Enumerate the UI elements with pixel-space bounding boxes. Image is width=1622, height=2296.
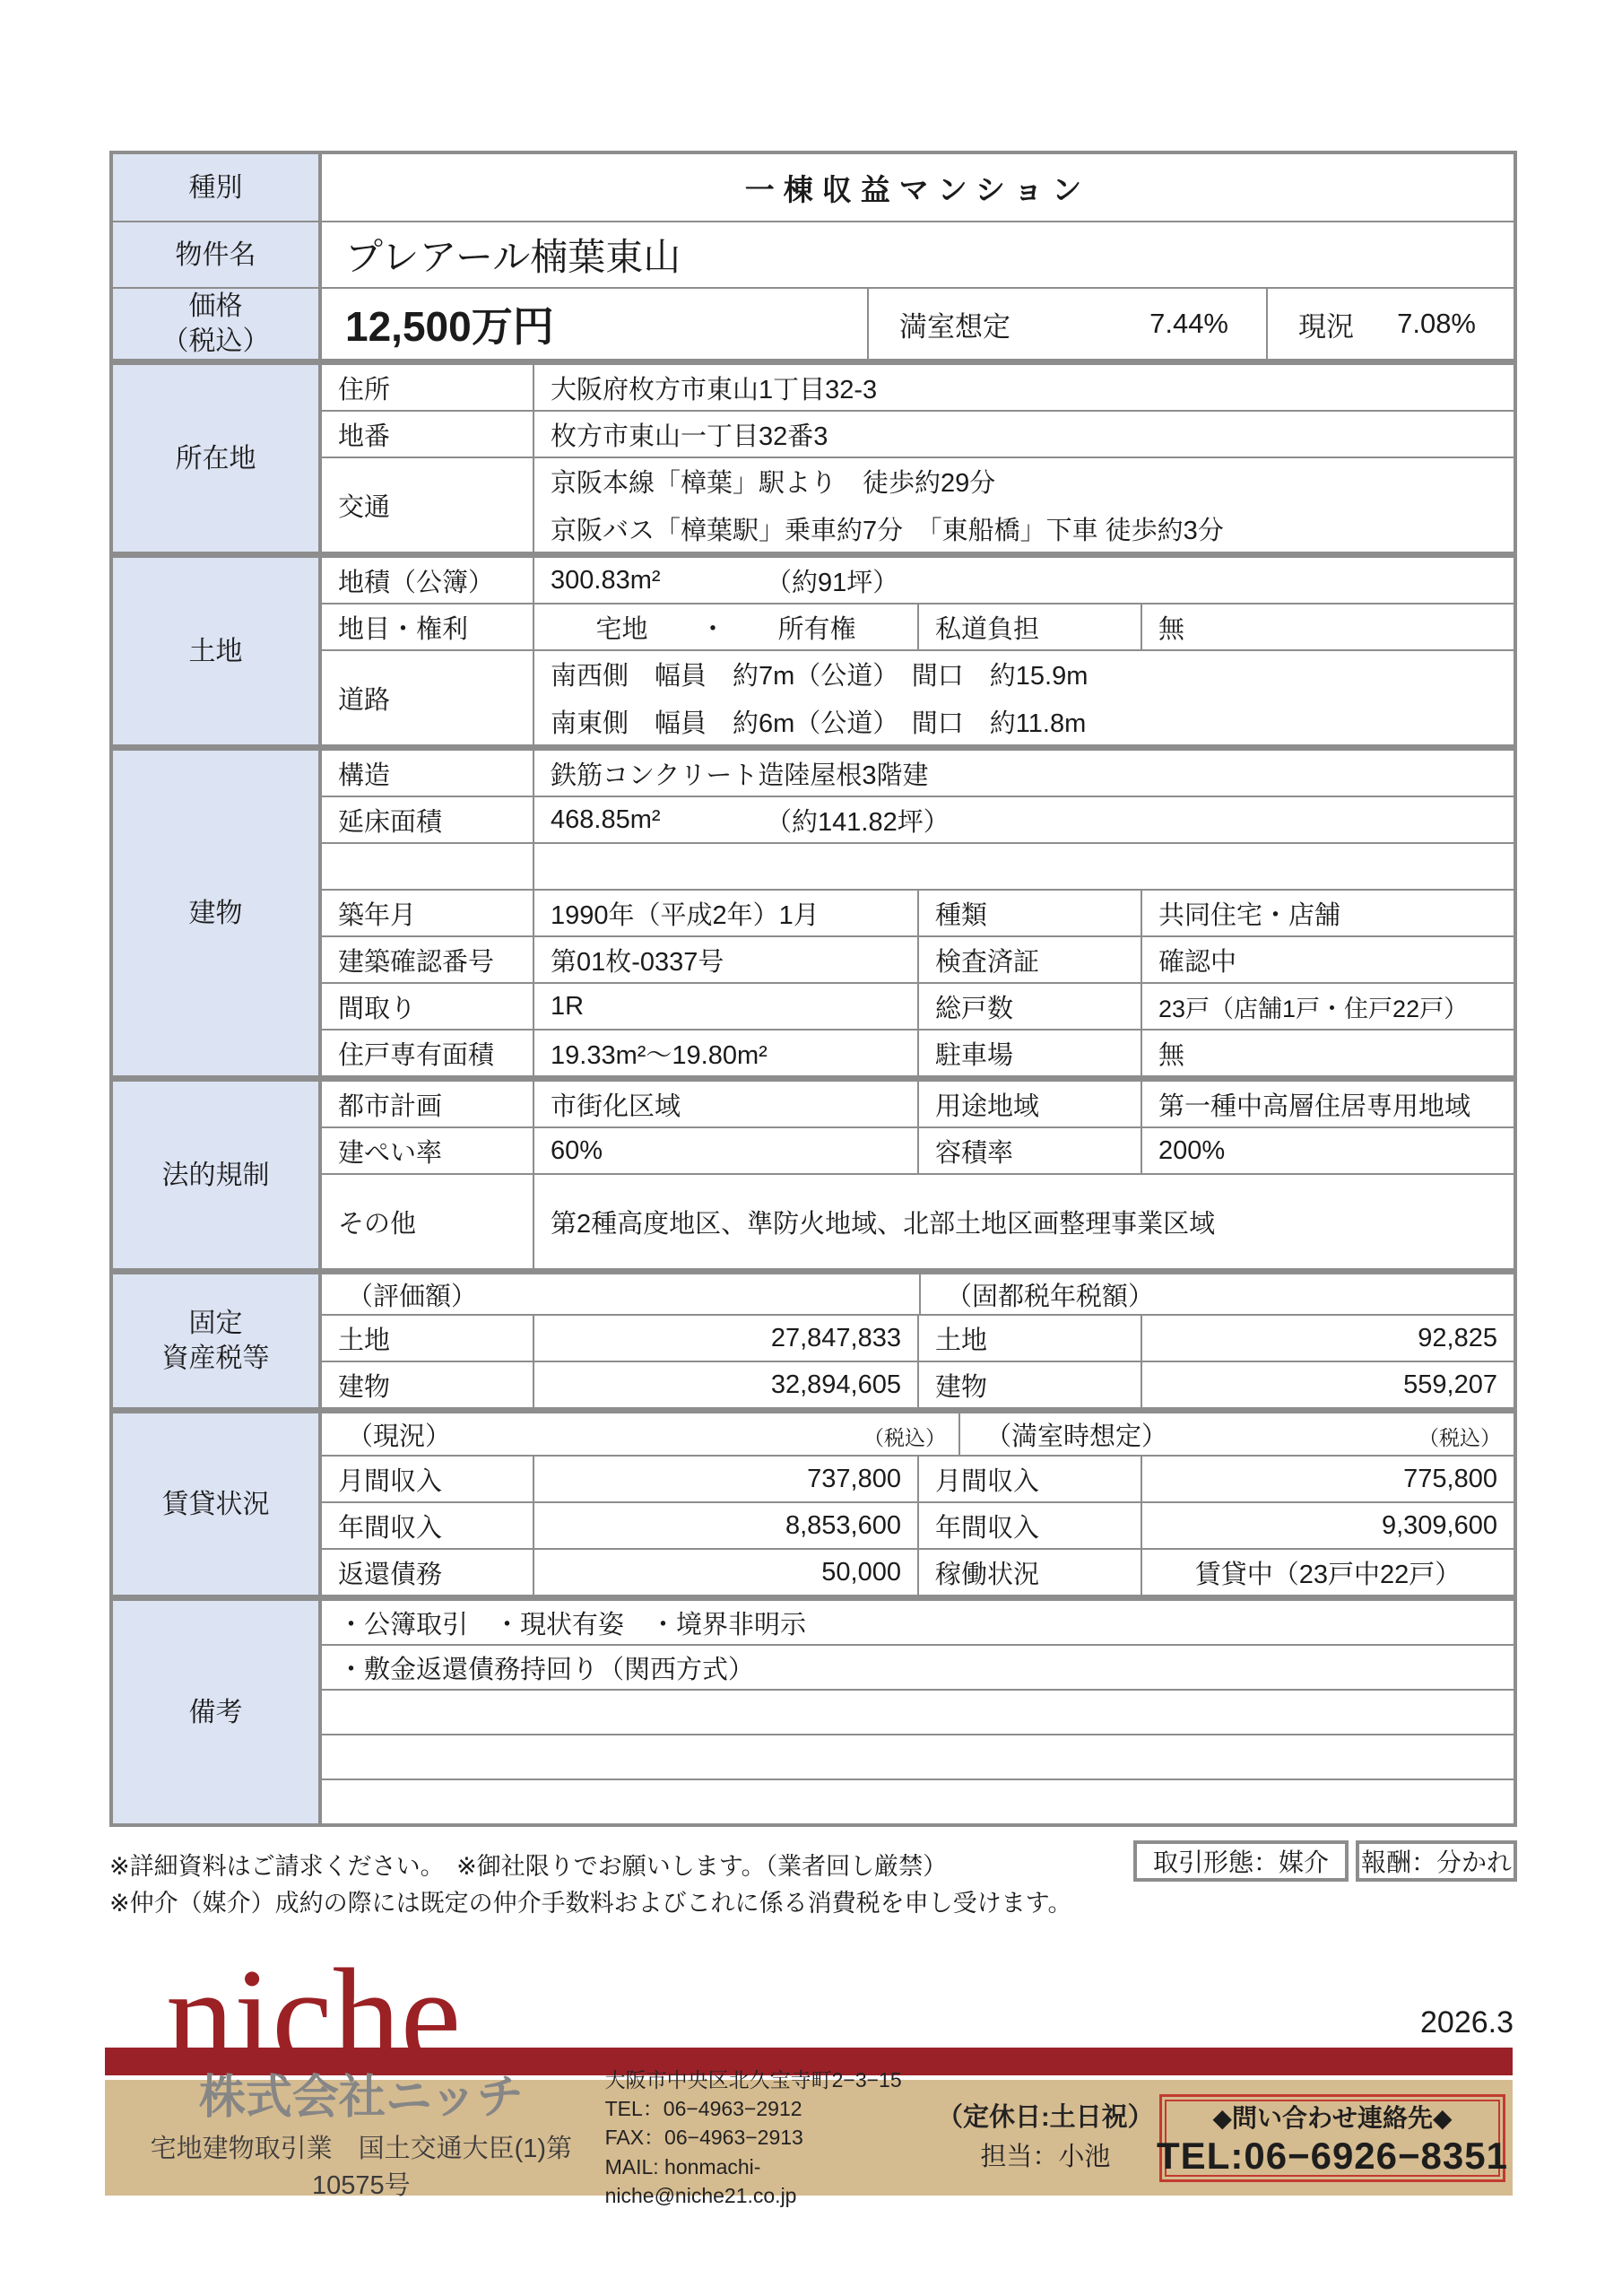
commission-note: ※仲介（媒介）成約の際には既定の仲介手数料およびこれに係る消費税を申し受けます。	[109, 1883, 1071, 1918]
private-road-value: 無	[1142, 604, 1514, 649]
row-rent-monthly: 月間収入 737,800 月間収入 775,800	[322, 1455, 1514, 1501]
inquiry-phone: TEL:06−6926−8351	[1157, 2135, 1508, 2178]
tax-building-label2: 建物	[919, 1362, 1142, 1407]
coverage-value: 60%	[534, 1128, 919, 1173]
parking-value: 無	[1142, 1031, 1514, 1075]
row-price: 12,500万円 満室想定 7.44% 現況 7.08%	[322, 289, 1514, 359]
rent-annual-label: 年間収入	[322, 1503, 534, 1548]
row-permit: 建築確認番号 第01枚-0337号 検査済証 確認中	[322, 935, 1514, 982]
row-name: プレアール楠葉東山	[322, 222, 1514, 287]
row-rent-last: 返還債務 50,000 稼働状況 賃貸中（23戸中22戸）	[322, 1548, 1514, 1595]
land-area-tsubo: （約91坪）	[766, 562, 898, 599]
blank-value-cell	[534, 844, 1514, 889]
yield-full-value: 7.44%	[1149, 308, 1228, 340]
section-label-building: 建物	[113, 751, 322, 1075]
blank-sub-cell	[322, 844, 534, 889]
rent-right-tax-note: （税込）	[1418, 1422, 1501, 1455]
access-line1: 京阪本線「樟葉」駅より 徒歩約29分	[551, 463, 995, 500]
company-address: 大阪市中央区北久宝寺町2−3−15	[605, 2066, 932, 2094]
inquiry-title: ◆問い合わせ連絡先◆	[1212, 2099, 1452, 2135]
land-category-value: 宅地 ・ 所有権	[534, 604, 919, 649]
row-legal-other: その他 第2種高度地区、準防火地域、北部土地区画整理事業区域	[322, 1173, 1514, 1268]
company-mail: MAIL: honmachi-niche@niche21.co.jp	[605, 2152, 932, 2210]
deposit-label: 返還債務	[322, 1550, 534, 1595]
tax-building-label: 建物	[322, 1362, 534, 1407]
lot-number-value: 枚方市東山一丁目32番3	[534, 412, 1514, 457]
land-area-cell: 300.83m² （約91坪）	[534, 558, 1514, 603]
row-remarks-2: ・敷金返還債務持回り（関西方式）	[322, 1644, 1514, 1689]
section-label-legal: 法的規制	[113, 1082, 322, 1268]
units-label: 総戸数	[919, 984, 1142, 1029]
rent-left-header: （現況）	[347, 1416, 451, 1453]
property-flyer-page: 種別 一棟収益マンション 物件名 プレアール楠葉東山 価格 （税込） 12,50…	[0, 0, 1622, 2296]
section-label-tax: 固定 資産税等	[113, 1274, 322, 1407]
row-label-price: 価格 （税込）	[113, 289, 322, 359]
land-category-label: 地目・権利	[322, 604, 534, 649]
city-plan-label: 都市計画	[322, 1082, 534, 1126]
rent-left-header-cell: （現況） （税込）	[322, 1413, 960, 1455]
section-label-land: 土地	[113, 558, 322, 744]
structure-value: 鉄筋コンクリート造陸屋根3階建	[534, 751, 1514, 796]
issue-date: 2026.3	[1420, 2005, 1514, 2040]
deal-type-box: 取引形態：媒介	[1133, 1840, 1349, 1882]
row-land-category: 地目・権利 宅地 ・ 所有権 私道負担 無	[322, 603, 1514, 649]
layout-label: 間取り	[322, 984, 534, 1029]
rent-monthly-value: 737,800	[534, 1457, 919, 1501]
section-label-location: 所在地	[113, 365, 322, 552]
section-location: 所在地 住所 大阪府枚方市東山1丁目32-3 地番 枚方市東山一丁目32番3 交…	[113, 359, 1514, 552]
remarks-empty-row	[322, 1691, 1514, 1734]
row-unit-area: 住戸専有面積 19.33m²〜19.80m² 駐車場 無	[322, 1029, 1514, 1075]
inquiry-box: ◆問い合わせ連絡先◆ TEL:06−6926−8351	[1159, 2094, 1505, 2182]
inquiry-box-inner: ◆問い合わせ連絡先◆ TEL:06−6926−8351	[1165, 2100, 1500, 2177]
remarks-line2: ・敷金返還債務持回り（関西方式）	[322, 1646, 1514, 1689]
zone-value: 第一種中高層住居専用地域	[1142, 1082, 1514, 1126]
inspection-value: 確認中	[1142, 937, 1514, 982]
fee-box: 報酬：分かれ	[1356, 1840, 1517, 1882]
layout-value: 1R	[534, 984, 919, 1029]
row-remarks-4	[322, 1734, 1514, 1779]
row-tax-header: （評価額） （固都税年税額）	[322, 1274, 1514, 1314]
tax-building-value2: 559,207	[1142, 1362, 1514, 1407]
city-plan-value: 市街化区域	[534, 1082, 919, 1126]
company-info-band: 株式会社ニッチ 宅地建物取引業 国土交通大臣(1)第10575号 大阪市中央区北…	[105, 2080, 1513, 2196]
kind-value: 共同住宅・店舗	[1142, 891, 1514, 935]
row-rent-header: （現況） （税込） （満室時想定） （税込）	[322, 1413, 1514, 1455]
row-remarks-1: ・公簿取引 ・現状有姿 ・境界非明示	[322, 1601, 1514, 1644]
coverage-label: 建ぺい率	[322, 1128, 534, 1173]
land-area-label: 地積（公簿）	[322, 558, 534, 603]
row-remarks-3	[322, 1689, 1514, 1734]
row-coverage: 建ぺい率 60% 容積率 200%	[322, 1126, 1514, 1173]
remarks-empty-row	[322, 1735, 1514, 1779]
section-land: 土地 地積（公簿） 300.83m² （約91坪） 地目・権利 宅地 ・ 所有権…	[113, 552, 1514, 744]
rent-left-tax-note: （税込）	[863, 1422, 946, 1455]
section-price: 価格 （税込） 12,500万円 満室想定 7.44% 現況 7.08%	[113, 287, 1514, 359]
far-label: 容積率	[919, 1128, 1142, 1173]
section-rent: 賃貸状況 （現況） （税込） （満室時想定） （税込） 月間収入 737,800…	[113, 1407, 1514, 1595]
row-layout: 間取り 1R 総戸数 23戸（店舗1戸・住戸22戸）	[322, 982, 1514, 1029]
section-tax: 固定 資産税等 （評価額） （固都税年税額） 土地 27,847,833 土地 …	[113, 1268, 1514, 1407]
property-type-value: 一棟収益マンション	[322, 154, 1514, 221]
tax-land-label: 土地	[322, 1316, 534, 1361]
permit-label: 建築確認番号	[322, 937, 534, 982]
section-name: 物件名 プレアール楠葉東山	[113, 221, 1514, 287]
section-remarks: 備考 ・公簿取引 ・現状有姿 ・境界非明示 ・敷金返還債務持回り（関西方式）	[113, 1595, 1514, 1823]
tax-land-value: 27,847,833	[534, 1316, 919, 1361]
rent-annual-value: 8,853,600	[534, 1503, 919, 1548]
access-label: 交通	[322, 458, 534, 552]
yield-full-cell: 満室想定 7.44%	[869, 289, 1268, 359]
legal-other-value: 第2種高度地区、準防火地域、北部土地区画整理事業区域	[534, 1175, 1514, 1268]
rent-monthly-value2: 775,800	[1142, 1457, 1514, 1501]
tax-building-value: 32,894,605	[534, 1362, 919, 1407]
rent-right-header: （満室時想定）	[985, 1416, 1167, 1453]
request-note: ※詳細資料はご請求ください。 ※御社限りでお願いします。（業者回し厳禁）	[109, 1841, 1124, 1882]
tax-left-header: （評価額）	[322, 1274, 921, 1314]
lot-number-label: 地番	[322, 412, 534, 457]
road-label: 道路	[322, 651, 534, 744]
yield-current-value: 7.08%	[1397, 308, 1476, 340]
far-value: 200%	[1142, 1128, 1514, 1173]
private-road-label: 私道負担	[919, 604, 1142, 649]
occupancy-label: 稼働状況	[919, 1550, 1142, 1595]
row-city-plan: 都市計画 市街化区域 用途地域 第一種中高層住居専用地域	[322, 1082, 1514, 1126]
company-fax: FAX：06−4963−2913	[605, 2123, 932, 2152]
access-value: 京阪本線「樟葉」駅より 徒歩約29分 京阪バス「樟葉駅」乗車約7分 「東船橋」下…	[534, 458, 1514, 552]
company-name: 株式会社ニッチ	[117, 2074, 605, 2123]
company-tel: TEL：06−4963−2912	[605, 2094, 932, 2123]
row-land-area: 地積（公簿） 300.83m² （約91坪）	[322, 558, 1514, 603]
holiday-block: （定休日:土日祝） 担当：小池	[932, 2099, 1159, 2177]
legal-other-label: その他	[322, 1175, 534, 1268]
floor-area-value: 468.85m²	[551, 805, 766, 835]
company-license: 宅地建物取引業 国土交通大臣(1)第10575号	[117, 2128, 605, 2202]
address-value: 大阪府枚方市東山1丁目32-3	[534, 365, 1514, 410]
section-label-rent: 賃貸状況	[113, 1413, 322, 1595]
yield-full-label: 満室想定	[899, 304, 1010, 344]
access-line2: 京阪バス「樟葉駅」乗車約7分 「東船橋」下車 徒歩約3分	[551, 510, 1224, 547]
section-legal: 法的規制 都市計画 市街化区域 用途地域 第一種中高層住居専用地域 建ぺい率 6…	[113, 1075, 1514, 1268]
floor-area-tsubo: （約141.82坪）	[766, 802, 950, 839]
yield-current-cell: 現況 7.08%	[1268, 289, 1514, 359]
holiday-note: （定休日:土日祝）	[932, 2099, 1159, 2138]
built-value: 1990年（平成2年）1月	[534, 891, 919, 935]
contact-person: 担当：小池	[932, 2138, 1159, 2178]
row-tax-building: 建物 32,894,605 建物 559,207	[322, 1361, 1514, 1407]
rent-right-header-cell: （満室時想定） （税込）	[960, 1413, 1514, 1455]
price-value: 12,500万円	[322, 289, 869, 359]
built-label: 築年月	[322, 891, 534, 935]
property-name-value: プレアール楠葉東山	[322, 222, 1514, 287]
tax-land-label2: 土地	[919, 1316, 1142, 1361]
yield-current-label: 現況	[1298, 304, 1354, 344]
land-area-value: 300.83m²	[551, 566, 766, 596]
tax-right-header: （固都税年税額）	[921, 1274, 1514, 1314]
row-structure: 構造 鉄筋コンクリート造陸屋根3階建	[322, 751, 1514, 796]
section-label-remarks: 備考	[113, 1601, 322, 1823]
row-access: 交通 京阪本線「樟葉」駅より 徒歩約29分 京阪バス「樟葉駅」乗車約7分 「東船…	[322, 457, 1514, 552]
row-label-type: 種別	[113, 154, 322, 221]
rent-monthly-label2: 月間収入	[919, 1457, 1142, 1501]
deposit-value: 50,000	[534, 1550, 919, 1595]
tax-land-value2: 92,825	[1142, 1316, 1514, 1361]
structure-label: 構造	[322, 751, 534, 796]
row-built: 築年月 1990年（平成2年）1月 種類 共同住宅・店舗	[322, 889, 1514, 935]
floor-area-label: 延床面積	[322, 797, 534, 842]
remarks-line1: ・公簿取引 ・現状有姿 ・境界非明示	[322, 1601, 1514, 1644]
road-line2: 南東側 幅員 約6m（公道） 間口 約11.8m	[551, 703, 1086, 740]
unit-area-label: 住戸専有面積	[322, 1031, 534, 1075]
company-block: 株式会社ニッチ 宅地建物取引業 国土交通大臣(1)第10575号	[117, 2074, 605, 2202]
row-type: 一棟収益マンション	[322, 154, 1514, 221]
section-type: 種別 一棟収益マンション	[113, 154, 1514, 221]
row-building-blank	[322, 842, 1514, 889]
row-remarks-5	[322, 1779, 1514, 1823]
row-floor-area: 延床面積 468.85m² （約141.82坪）	[322, 796, 1514, 842]
rent-annual-value2: 9,309,600	[1142, 1503, 1514, 1548]
unit-area-value: 19.33m²〜19.80m²	[534, 1031, 919, 1075]
units-value: 23戸（店舗1戸・住戸22戸）	[1142, 984, 1514, 1029]
company-contact-block: 大阪市中央区北久宝寺町2−3−15 TEL：06−4963−2912 FAX：0…	[605, 2066, 932, 2210]
remarks-empty-row	[322, 1780, 1514, 1823]
row-tax-land: 土地 27,847,833 土地 92,825	[322, 1314, 1514, 1361]
road-value: 南西側 幅員 約7m（公道） 間口 約15.9m 南東側 幅員 約6m（公道） …	[534, 651, 1514, 744]
footer-notes-row: ※詳細資料はご請求ください。 ※御社限りでお願いします。（業者回し厳禁） 取引形…	[109, 1840, 1517, 1882]
row-rent-annual: 年間収入 8,853,600 年間収入 9,309,600	[322, 1501, 1514, 1548]
row-label-name: 物件名	[113, 222, 322, 287]
rent-monthly-label: 月間収入	[322, 1457, 534, 1501]
road-line1: 南西側 幅員 約7m（公道） 間口 約15.9m	[551, 656, 1088, 692]
row-address: 住所 大阪府枚方市東山1丁目32-3	[322, 365, 1514, 410]
kind-label: 種類	[919, 891, 1142, 935]
zone-label: 用途地域	[919, 1082, 1142, 1126]
parking-label: 駐車場	[919, 1031, 1142, 1075]
property-spec-table: 種別 一棟収益マンション 物件名 プレアール楠葉東山 価格 （税込） 12,50…	[109, 151, 1517, 1827]
section-building: 建物 構造 鉄筋コンクリート造陸屋根3階建 延床面積 468.85m² （約14…	[113, 744, 1514, 1075]
row-road: 道路 南西側 幅員 約7m（公道） 間口 約15.9m 南東側 幅員 約6m（公…	[322, 649, 1514, 744]
floor-area-cell: 468.85m² （約141.82坪）	[534, 797, 1514, 842]
rent-annual-label2: 年間収入	[919, 1503, 1142, 1548]
address-label: 住所	[322, 365, 534, 410]
inspection-label: 検査済証	[919, 937, 1142, 982]
occupancy-value: 賃貸中（23戸中22戸）	[1142, 1550, 1514, 1595]
permit-value: 第01枚-0337号	[534, 937, 919, 982]
row-lot-number: 地番 枚方市東山一丁目32番3	[322, 410, 1514, 457]
